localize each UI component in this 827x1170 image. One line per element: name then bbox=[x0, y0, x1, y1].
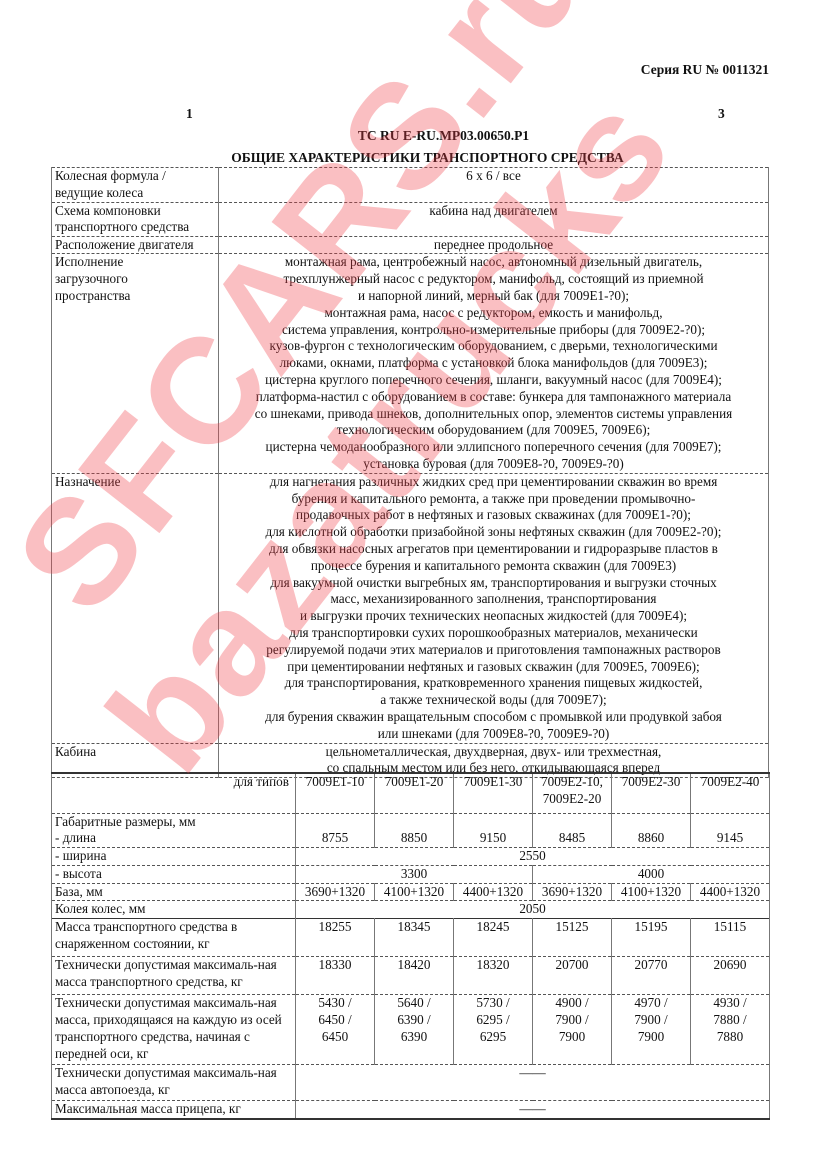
table-row: Схема компоновки транспортного средства … bbox=[52, 202, 769, 236]
text-line: и напорной линий, мерный бак (для 7009Е1… bbox=[222, 288, 765, 305]
length-value: 8860 bbox=[612, 813, 691, 848]
trailer-mass-label: Максимальная масса прицепа, кг bbox=[52, 1101, 296, 1119]
text-line: для транспортирования, кратковременного … bbox=[222, 675, 765, 692]
height-value: 3300 bbox=[296, 865, 533, 883]
trailer-mass-value: —— bbox=[296, 1101, 770, 1119]
text-line: технологическим оборудованием (для 7009Е… bbox=[222, 422, 765, 439]
text-line: а также технической воды (для 7009Е7); bbox=[222, 692, 765, 709]
text-line: для нагнетания различных жидких сред при… bbox=[222, 474, 765, 491]
text-line: и выгрузки прочих технических неопасных … bbox=[222, 608, 765, 625]
table-row: База, мм 3690+1320 4100+1320 4400+1320 3… bbox=[52, 883, 770, 901]
table-row: Назначение для нагнетания различных жидк… bbox=[52, 473, 769, 743]
track-value: 2050 bbox=[296, 901, 770, 919]
max-mass-value: 18420 bbox=[375, 957, 454, 995]
max-mass-value: 18320 bbox=[454, 957, 533, 995]
text-line: платформа-настил с оборудованием в соста… bbox=[222, 389, 765, 406]
text-line: масс, механизированного заполнения, тран… bbox=[222, 591, 765, 608]
axle-middle: 6295 / bbox=[455, 1012, 531, 1029]
axle-rear: 6295 bbox=[455, 1029, 531, 1046]
text-line: процессе бурения и капитального ремонта … bbox=[222, 558, 765, 575]
table-row: Технически допустимая максималь-ная масс… bbox=[52, 995, 770, 1065]
row-value: кабина над двигателем bbox=[219, 202, 769, 236]
text-line: или шнеками (для 7009Е8-?0, 7009Е9-?0) bbox=[222, 726, 765, 743]
axle-front: 5730 / bbox=[455, 995, 531, 1012]
row-value: монтажная рама, центробежный насос, авто… bbox=[219, 254, 769, 473]
width-label: - ширина bbox=[52, 848, 296, 866]
curb-mass-value: 15125 bbox=[533, 919, 612, 957]
label-text: Исполнение загрузочного пространства bbox=[55, 254, 165, 304]
text-line: для бурения скважин вращательным способо… bbox=[222, 709, 765, 726]
text-line: для транспортировки сухих порошкообразны… bbox=[222, 625, 765, 642]
dimensions-label: Габаритные размеры, мм bbox=[55, 814, 294, 831]
document-title: ОБЩИЕ ХАРАКТЕРИСТИКИ ТРАНСПОРТНОГО СРЕДС… bbox=[0, 150, 827, 166]
type-header: 7009Е2-10, 7009Е2-20 bbox=[533, 773, 612, 813]
page-marker-right: 3 bbox=[718, 106, 725, 122]
curb-mass-value: 18345 bbox=[375, 919, 454, 957]
text-line: люками, окнами, платформа с установкой б… bbox=[222, 355, 765, 372]
row-value: 6 х 6 / все bbox=[219, 168, 769, 203]
type-header: 7009Е1-10 bbox=[296, 773, 375, 813]
axle-front: 4930 / bbox=[692, 995, 768, 1012]
table-row: Габаритные размеры, мм - длина 8755 8850… bbox=[52, 813, 770, 848]
max-mass-value: 18330 bbox=[296, 957, 375, 995]
text-line: цистерна круглого поперечного сечения, ш… bbox=[222, 372, 765, 389]
curb-mass-label: Масса транспортного средства в снаряженн… bbox=[52, 919, 296, 957]
text-line: монтажная рама, насос с редуктором, емко… bbox=[222, 305, 765, 322]
length-value: 8850 bbox=[375, 813, 454, 848]
train-mass-value: —— bbox=[296, 1065, 770, 1101]
text-line: продавочных работ в нефтяных и газовых с… bbox=[222, 507, 765, 524]
text-line: при цементировании нефтяных и газовых ск… bbox=[222, 659, 765, 676]
row-label: Габаритные размеры, мм - длина bbox=[52, 813, 296, 848]
train-mass-label: Технически допустимая максималь-ная масс… bbox=[52, 1065, 296, 1101]
wheelbase-value: 4100+1320 bbox=[375, 883, 454, 901]
type-header: 7009Е2-40 bbox=[691, 773, 770, 813]
axle-front: 4900 / bbox=[534, 995, 610, 1012]
row-label: Схема компоновки транспортного средства bbox=[52, 202, 219, 236]
max-mass-value: 20690 bbox=[691, 957, 770, 995]
text-line: установка буровая (для 7009Е8-?0, 7009Е9… bbox=[222, 456, 765, 473]
table-row: Технически допустимая максималь-ная масс… bbox=[52, 957, 770, 995]
table-row: Колесная формула / ведущие колеса 6 х 6 … bbox=[52, 168, 769, 203]
table-row: Максимальная масса прицепа, кг —— bbox=[52, 1101, 770, 1119]
axle-mass-value: 4900 /7900 /7900 bbox=[533, 995, 612, 1065]
table-row: для типов 7009Е1-10 7009Е1-20 7009Е1-30 … bbox=[52, 773, 770, 813]
axle-rear: 7900 bbox=[534, 1029, 610, 1046]
curb-mass-value: 15195 bbox=[612, 919, 691, 957]
wheelbase-value: 3690+1320 bbox=[296, 883, 375, 901]
text-line: трехплунжерный насос с редуктором, маниф… bbox=[222, 271, 765, 288]
axle-front: 5430 / bbox=[297, 995, 373, 1012]
row-value: переднее продольное bbox=[219, 236, 769, 254]
length-value: 9145 bbox=[691, 813, 770, 848]
axle-mass-value: 5640 /6390 /6390 bbox=[375, 995, 454, 1065]
wheelbase-value: 3690+1320 bbox=[533, 883, 612, 901]
axle-middle: 7880 / bbox=[692, 1012, 768, 1029]
axle-mass-value: 5730 /6295 /6295 bbox=[454, 995, 533, 1065]
height-value: 4000 bbox=[533, 865, 770, 883]
row-label: Колесная формула / ведущие колеса bbox=[52, 168, 219, 203]
page-marker-left: 1 bbox=[186, 106, 193, 122]
text-line: для обвязки насосных агрегатов при цемен… bbox=[222, 541, 765, 558]
axle-middle: 6390 / bbox=[376, 1012, 452, 1029]
height-label: - высота bbox=[52, 865, 296, 883]
curb-mass-value: 18255 bbox=[296, 919, 375, 957]
wheelbase-value: 4400+1320 bbox=[691, 883, 770, 901]
axle-front: 4970 / bbox=[613, 995, 689, 1012]
axle-rear: 6390 bbox=[376, 1029, 452, 1046]
wheelbase-label: База, мм bbox=[52, 883, 296, 901]
axle-front: 5640 / bbox=[376, 995, 452, 1012]
row-label: Назначение bbox=[52, 473, 219, 743]
text-line: бурения и капитального ремонта, а также … bbox=[222, 491, 765, 508]
row-value: для нагнетания различных жидких сред при… bbox=[219, 473, 769, 743]
table-row: - высота 3300 4000 bbox=[52, 865, 770, 883]
length-value: 8755 bbox=[296, 813, 375, 848]
axle-rear: 7900 bbox=[613, 1029, 689, 1046]
text-line: для вакуумной очистки выгребных ям, тран… bbox=[222, 575, 765, 592]
length-value: 8485 bbox=[533, 813, 612, 848]
specifications-table: для типов 7009Е1-10 7009Е1-20 7009Е1-30 … bbox=[51, 772, 770, 1120]
wheelbase-value: 4400+1320 bbox=[454, 883, 533, 901]
text-line: со шнеками, привода шнеков, дополнительн… bbox=[222, 406, 765, 423]
axle-mass-value: 5430 /6450 /6450 bbox=[296, 995, 375, 1065]
text-line: система управления, контрольно-измерител… bbox=[222, 322, 765, 339]
table-row: Колея колес, мм 2050 bbox=[52, 901, 770, 919]
wheelbase-value: 4100+1320 bbox=[612, 883, 691, 901]
axle-middle: 6450 / bbox=[297, 1012, 373, 1029]
curb-mass-value: 15115 bbox=[691, 919, 770, 957]
max-mass-label: Технически допустимая максималь-ная масс… bbox=[52, 957, 296, 995]
type-header: 7009Е1-20 bbox=[375, 773, 454, 813]
text-line: регулируемой подачи этих материалов и пр… bbox=[222, 642, 765, 659]
axle-middle: 7900 / bbox=[534, 1012, 610, 1029]
table-row: Расположение двигателя переднее продольн… bbox=[52, 236, 769, 254]
table-row: Исполнение загрузочного пространства мон… bbox=[52, 254, 769, 473]
table-row: - ширина 2550 bbox=[52, 848, 770, 866]
axle-rear: 7880 bbox=[692, 1029, 768, 1046]
table-row: Технически допустимая максималь-ная масс… bbox=[52, 1065, 770, 1101]
type-header: 7009Е2-30 bbox=[612, 773, 691, 813]
text-line: цельнометаллическая, двухдверная, двух- … bbox=[222, 744, 765, 761]
track-label: Колея колес, мм bbox=[52, 901, 296, 919]
series-number: Серия RU № 0011321 bbox=[641, 62, 769, 78]
length-label: - длина bbox=[55, 830, 294, 847]
certificate-number: ТС RU E-RU.МР03.00650.Р1 bbox=[0, 128, 827, 144]
row-label: Расположение двигателя bbox=[52, 236, 219, 254]
text-line: монтажная рама, центробежный насос, авто… bbox=[222, 254, 765, 271]
max-mass-value: 20700 bbox=[533, 957, 612, 995]
curb-mass-value: 18245 bbox=[454, 919, 533, 957]
axle-mass-label: Технически допустимая максималь-ная масс… bbox=[52, 995, 296, 1065]
table-row: Масса транспортного средства в снаряженн… bbox=[52, 919, 770, 957]
general-characteristics-table: Колесная формула / ведущие колеса 6 х 6 … bbox=[51, 167, 769, 778]
axle-mass-value: 4970 /7900 /7900 bbox=[612, 995, 691, 1065]
length-value: 9150 bbox=[454, 813, 533, 848]
text-line: цистерна чемоданообразного или эллипсног… bbox=[222, 439, 765, 456]
row-label: Исполнение загрузочного пространства bbox=[52, 254, 219, 473]
axle-rear: 6450 bbox=[297, 1029, 373, 1046]
axle-mass-value: 4930 /7880 /7880 bbox=[691, 995, 770, 1065]
max-mass-value: 20770 bbox=[612, 957, 691, 995]
width-value: 2550 bbox=[296, 848, 770, 866]
types-label: для типов bbox=[52, 773, 296, 813]
text-line: кузов-фургон с технологическим оборудова… bbox=[222, 338, 765, 355]
type-header: 7009Е1-30 bbox=[454, 773, 533, 813]
axle-middle: 7900 / bbox=[613, 1012, 689, 1029]
text-line: для кислотной обработки призабойной зоны… bbox=[222, 524, 765, 541]
